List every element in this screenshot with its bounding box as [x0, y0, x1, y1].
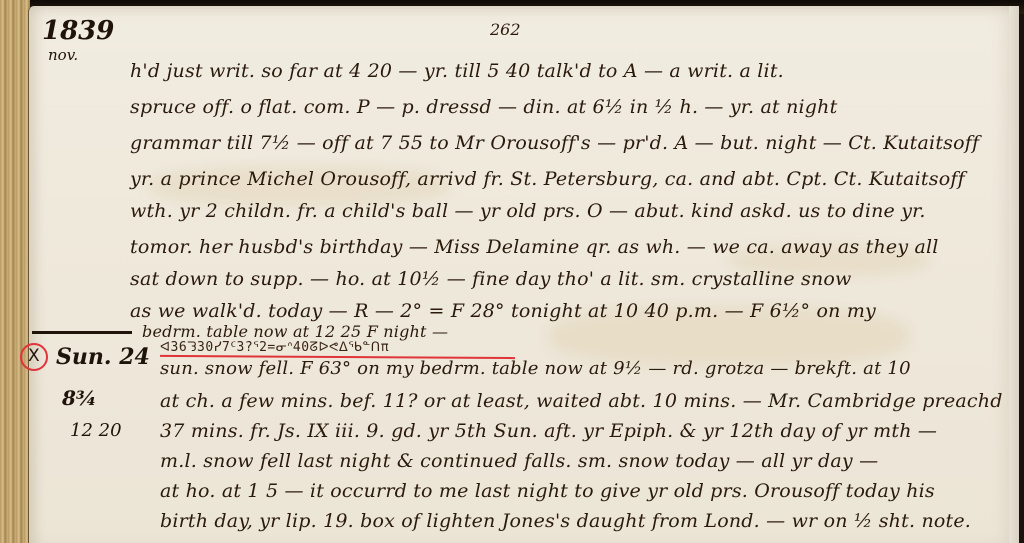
margin-month: nov. — [48, 46, 78, 64]
diary-line-11: at ch. a few mins. bef. 11? or at least,… — [160, 390, 1003, 412]
margin-bed-time: 12 20 — [70, 420, 122, 441]
diary-line-3: grammar till 7½ — off at 7 55 to Mr Orou… — [130, 132, 979, 154]
annotation-marker[interactable]: X — [20, 343, 48, 371]
page-number: 262 — [490, 20, 521, 39]
margin-year: 1839 — [42, 16, 114, 46]
diary-line-12: 37 mins. fr. Js. IX iii. 9. gd. yr 5th S… — [160, 420, 937, 442]
diary-line-4: yr. a prince Michel Orousoff, arrivd fr.… — [130, 168, 965, 190]
diary-line-9: bedrm. table now at 12 25 F night — — [142, 322, 448, 341]
page-edge — [1009, 6, 1019, 543]
diary-line-15: birth day, yr lip. 19. box of lighten Jo… — [160, 510, 971, 532]
margin-rising-time: 8¾ — [62, 386, 97, 410]
book-gutter — [0, 0, 30, 543]
cipher-line: ᐊ36ᘊ30ᓯ7ᑦ3?ᕐ2=ᓂᐢ40ᘔᐅᕙᐃᖃᓐᑎπ — [160, 340, 389, 355]
diary-line-1: h'd just writ. so far at 4 20 — yr. till… — [130, 60, 784, 82]
diary-line-6: tomor. her husbd's birthday — Miss Delam… — [130, 236, 939, 258]
diary-line-13: m.l. snow fell last night & continued fa… — [160, 450, 878, 472]
margin-day-entry: Sun. 24 — [56, 344, 150, 370]
diary-line-10: sun. snow fell. F 63° on my bedrm. table… — [160, 358, 911, 379]
diary-line-5: wth. yr 2 childn. fr. a child's ball — y… — [130, 200, 926, 222]
diary-line-7: sat down to supp. — ho. at 10½ — fine da… — [130, 268, 852, 290]
diary-line-14: at ho. at 1 5 — it occurrd to me last ni… — [160, 480, 935, 502]
entry-divider — [32, 331, 132, 334]
diary-line-8: as we walk'd. today — R — 2° = F 28° ton… — [130, 300, 876, 322]
diary-line-2: spruce off. o flat. com. P — p. dressd —… — [130, 96, 837, 118]
annotation-x: X — [28, 346, 40, 366]
